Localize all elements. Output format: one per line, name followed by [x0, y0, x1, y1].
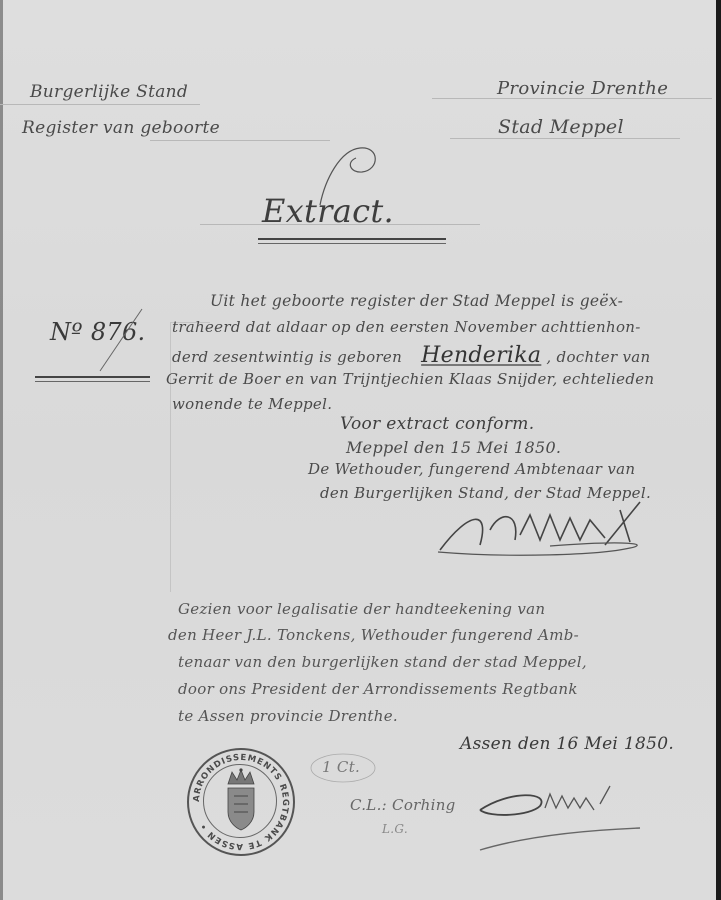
- legalization-line5: te Assen provincie Drenthe.: [178, 707, 398, 725]
- record-underline: [35, 376, 150, 382]
- legalization-line4: door ons President der Arrondissements R…: [178, 680, 578, 698]
- legalization-line3: tenaar van den burgerlijken stand der st…: [178, 653, 587, 671]
- certification-line2: Meppel den 15 Mei 1850.: [346, 438, 561, 457]
- certification-line1: Voor extract conform.: [340, 414, 534, 434]
- header-left-rule1: [0, 104, 200, 105]
- header-right-rule2: [450, 138, 680, 139]
- fee-note-oval: [308, 748, 378, 788]
- body-line5: wonende te Meppel.: [172, 395, 332, 413]
- legalization-line2: den Heer J.L. Tonckens, Wethouder funger…: [168, 626, 579, 644]
- header-left-line1: Burgerlijke Stand: [30, 82, 188, 102]
- header-right-line1: Provincie Drenthe: [497, 78, 668, 99]
- signature-president: [470, 780, 670, 860]
- margin-line: [170, 322, 171, 592]
- certification-line3: De Wethouder, fungerend Ambtenaar van: [308, 460, 635, 478]
- child-name: Henderika: [421, 343, 541, 368]
- header-right-line2: Stad Meppel: [498, 116, 624, 138]
- body-line3-prefix: derd zesentwintig is geboren: [172, 348, 402, 366]
- title-baseline: [200, 224, 480, 225]
- scan-edge-left: [0, 0, 3, 900]
- title-underline: [258, 238, 446, 244]
- document-page: Burgerlijke Stand Register van geboorte …: [0, 0, 721, 900]
- signature-tonckens: [430, 500, 660, 560]
- court-seal: ARRONDISSEMENTS REGTBANK TE ASSEN •: [187, 748, 295, 856]
- header-left-line2: Register van geboorte: [22, 118, 220, 138]
- legalization-line1: Gezien voor legalisatie der handteekenin…: [178, 600, 545, 618]
- legalization-place-date: Assen den 16 Mei 1850.: [460, 734, 674, 754]
- body-line2: traheerd dat aldaar op den eersten Novem…: [172, 318, 641, 336]
- crown-shield-icon: [224, 768, 258, 832]
- body-line3-suffix: , dochter van: [546, 348, 650, 366]
- scan-edge-right: [716, 0, 721, 900]
- bottom-annotation-sub: L.G.: [382, 822, 408, 836]
- body-line3: derd zesentwintig is geboren Henderika ,…: [172, 343, 650, 368]
- record-slash: [92, 305, 152, 375]
- bottom-annotation: C.L.: Corhing: [350, 796, 456, 814]
- body-line1: Uit het geboorte register der Stad Meppe…: [210, 292, 623, 310]
- header-right-rule1: [432, 98, 712, 99]
- body-line4: Gerrit de Boer en van Trijntjechien Klaa…: [166, 370, 654, 388]
